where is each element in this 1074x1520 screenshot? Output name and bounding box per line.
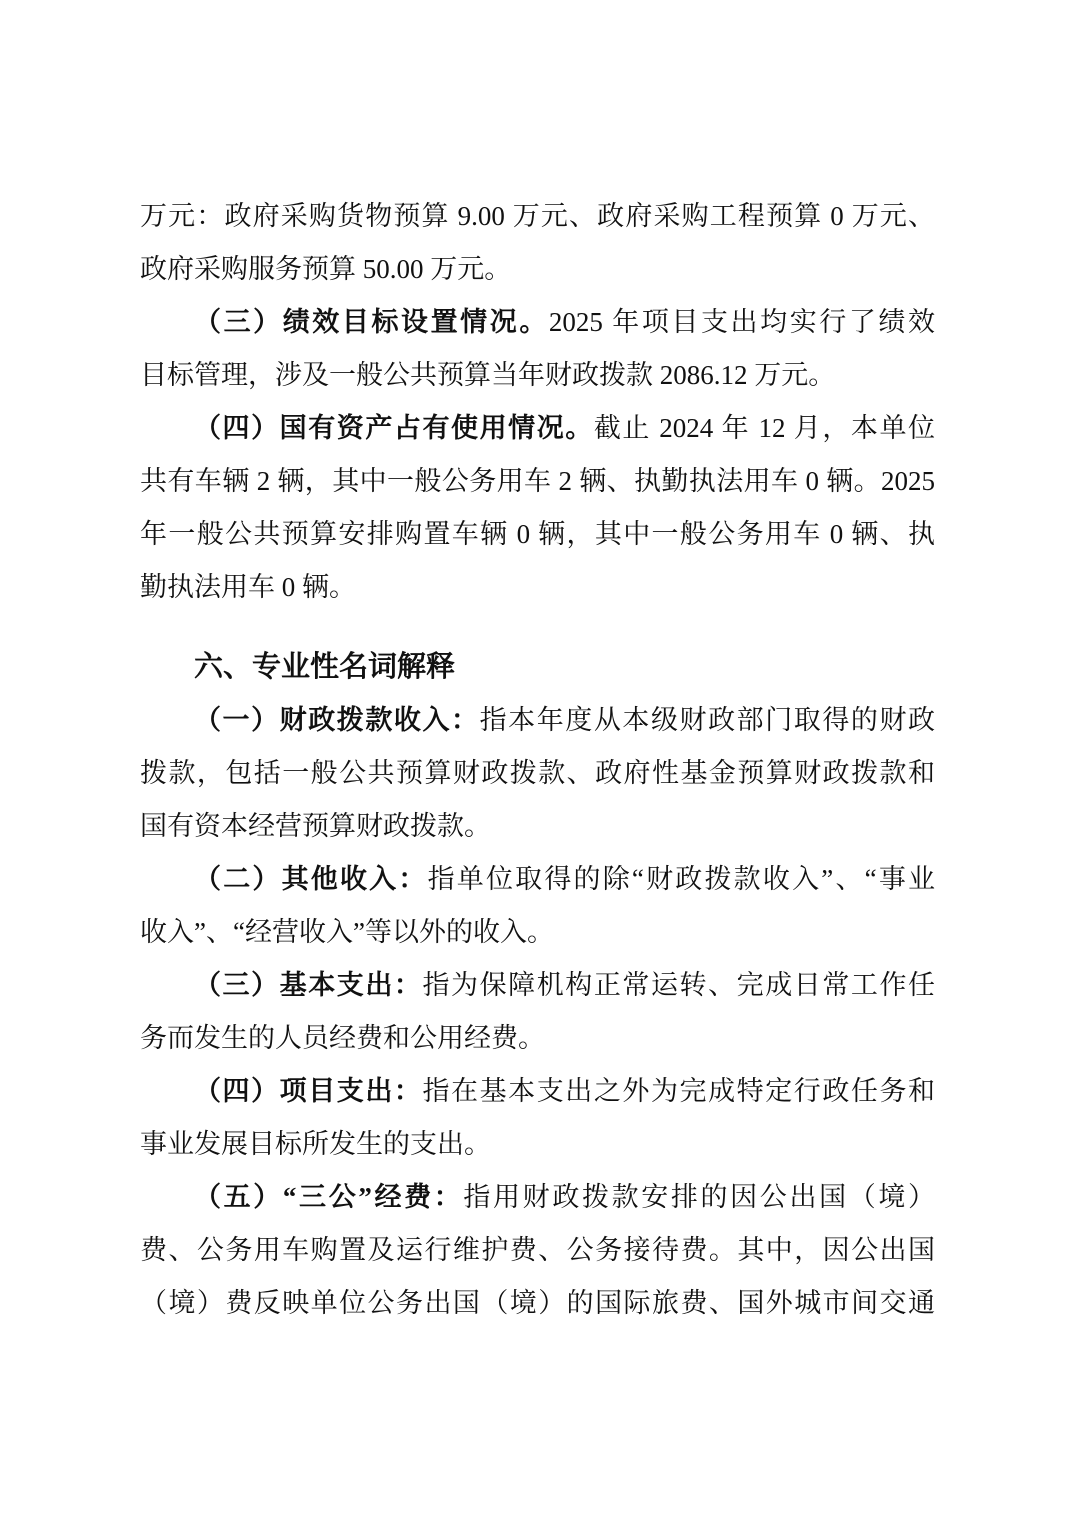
text-line: 勤执法用车 0 辆。 [140,561,935,614]
text-line: 政府采购服务预算 50.00 万元。 [140,243,935,296]
body-text: 勤执法用车 0 辆。 [140,572,356,602]
text-line: （一）财政拨款收入：指本年度从本级财政部门取得的财政 [140,694,935,747]
text-line: （三）绩效目标设置情况。2025 年项目支出均实行了绩效 [140,296,935,349]
body-text: 收入”、“经营收入”等以外的收入。 [140,917,554,947]
text-line: 拨款，包括一般公共预算财政拨款、政府性基金预算财政拨款和 [140,747,935,800]
text-line: 事业发展目标所发生的支出。 [140,1118,935,1171]
label-emphasis: （三）基本支出： [194,970,422,1000]
label-emphasis: 六、专业性名词解释 [194,651,455,683]
label-emphasis: （一）财政拨款收入： [194,705,480,735]
text-line: 共有车辆 2 辆，其中一般公务用车 2 辆、执勤执法用车 0 辆。2025 [140,455,935,508]
body-text: 年一般公共预算安排购置车辆 0 辆，其中一般公务用车 0 辆、执 [140,519,935,549]
text-line: 费、公务用车购置及运行维护费、公务接待费。其中，因公出国 [140,1224,935,1277]
text-line: （四）项目支出：指在基本支出之外为完成特定行政任务和 [140,1065,935,1118]
text-line: 收入”、“经营收入”等以外的收入。 [140,906,935,959]
body-text: 国有资本经营预算财政拨款。 [140,811,491,841]
body-text: 事业发展目标所发生的支出。 [140,1129,491,1159]
label-emphasis: （四）国有资产占有使用情况。 [194,413,594,443]
text-line: 年一般公共预算安排购置车辆 0 辆，其中一般公务用车 0 辆、执 [140,508,935,561]
body-text: 费、公务用车购置及运行维护费、公务接待费。其中，因公出国 [140,1235,935,1265]
body-text: 务而发生的人员经费和公用经费。 [140,1023,545,1053]
body-text: 2025 年项目支出均实行了绩效 [549,307,935,337]
label-emphasis: （四）项目支出： [194,1076,422,1106]
text-block: 万元：政府采购货物预算 9.00 万元、政府采购工程预算 0 万元、政府采购服务… [140,190,935,1330]
label-emphasis: （三）绩效目标设置情况。 [194,307,549,337]
body-text: 指在基本支出之外为完成特定行政任务和 [422,1076,935,1106]
body-text: 政府采购服务预算 50.00 万元。 [140,254,511,284]
document-page: 万元：政府采购货物预算 9.00 万元、政府采购工程预算 0 万元、政府采购服务… [0,0,1074,1520]
section-heading: 六、专业性名词解释 [140,641,935,694]
text-line: （五）“三公”经费：指用财政拨款安排的因公出国（境） [140,1171,935,1224]
body-text: （境）费反映单位公务出国（境）的国际旅费、国外城市间交通 [140,1288,935,1318]
body-text: 指用财政拨款安排的因公出国（境） [463,1182,935,1212]
body-text: 截止 2024 年 12 月，本单位 [594,413,935,443]
body-text: 指为保障机构正常运转、完成日常工作任 [422,970,935,1000]
text-line: 务而发生的人员经费和公用经费。 [140,1012,935,1065]
text-line: 目标管理，涉及一般公共预算当年财政拨款 2086.12 万元。 [140,349,935,402]
text-line: 国有资本经营预算财政拨款。 [140,800,935,853]
body-text: 目标管理，涉及一般公共预算当年财政拨款 2086.12 万元。 [140,360,835,390]
label-emphasis: （五）“三公”经费： [194,1182,463,1212]
text-line: （三）基本支出：指为保障机构正常运转、完成日常工作任 [140,959,935,1012]
text-line: （境）费反映单位公务出国（境）的国际旅费、国外城市间交通 [140,1277,935,1330]
body-text: 拨款，包括一般公共预算财政拨款、政府性基金预算财政拨款和 [140,758,935,788]
text-line: （四）国有资产占有使用情况。截止 2024 年 12 月，本单位 [140,402,935,455]
body-text: 指本年度从本级财政部门取得的财政 [480,705,935,735]
text-line: 万元：政府采购货物预算 9.00 万元、政府采购工程预算 0 万元、 [140,190,935,243]
label-emphasis: （二）其他收入： [194,864,428,894]
text-line: （二）其他收入：指单位取得的除“财政拨款收入”、“事业 [140,853,935,906]
body-text: 指单位取得的除“财政拨款收入”、“事业 [428,864,935,894]
body-text: 万元：政府采购货物预算 9.00 万元、政府采购工程预算 0 万元、 [140,201,935,231]
body-text: 共有车辆 2 辆，其中一般公务用车 2 辆、执勤执法用车 0 辆。2025 [140,466,935,496]
